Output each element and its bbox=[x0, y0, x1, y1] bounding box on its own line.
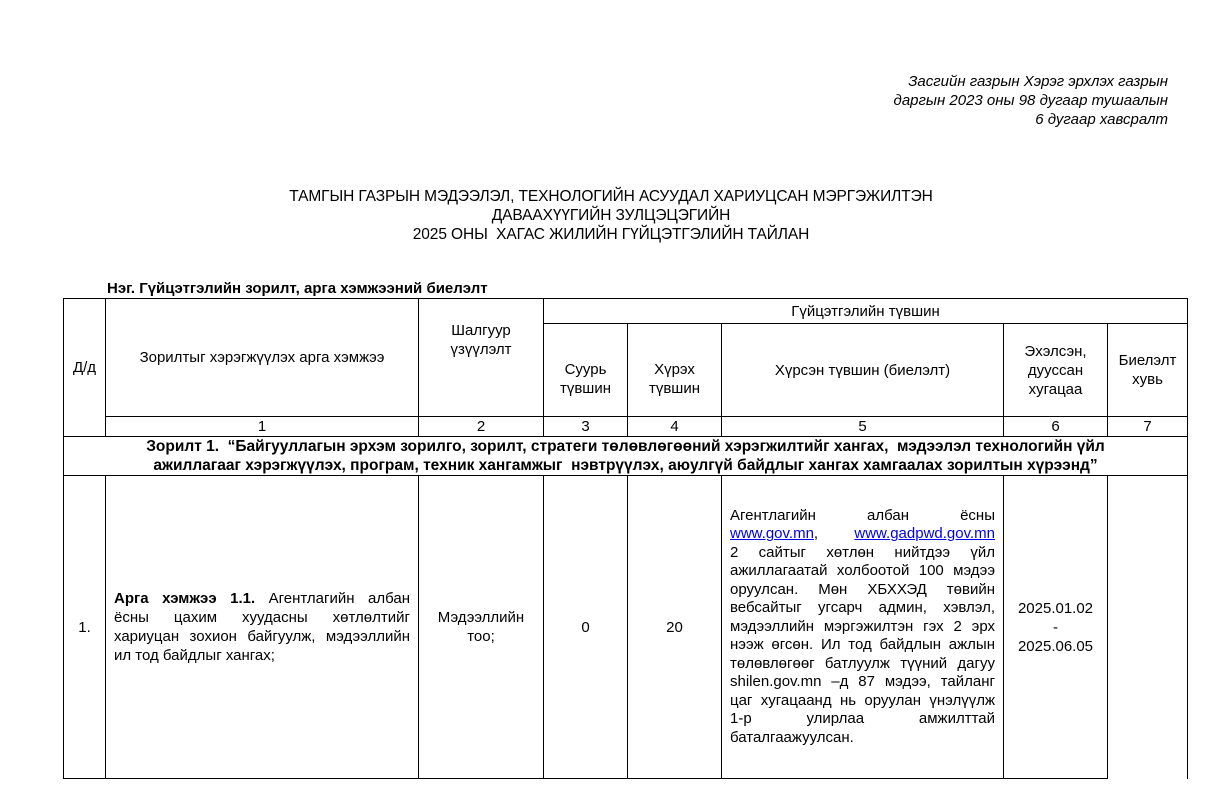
row-indicator-label: Мэдээллийн тоо; bbox=[431, 608, 531, 646]
column-number-6: 6 bbox=[1004, 417, 1108, 437]
row-achieved-links: www.gov.mn, www.gadpwd.gov.mn bbox=[730, 525, 995, 544]
period-dash: - bbox=[1004, 618, 1107, 637]
header-action: Зорилтыг хэрэгжүүлэх арга хэмжээ bbox=[106, 299, 419, 417]
column-number-5: 5 bbox=[722, 417, 1004, 437]
header-index: Д/д bbox=[64, 299, 106, 437]
annex-line-1: Засгийн газрын Хэрэг эрхлэх газрын bbox=[894, 72, 1168, 91]
row-period: 2025.01.02 - 2025.06.05 bbox=[1004, 476, 1108, 779]
title-line-3: 2025 ОНЫ ХАГАС ЖИЛИЙН ГҮЙЦЭТГЭЛИЙН ТАЙЛА… bbox=[0, 225, 1222, 244]
column-number-7: 7 bbox=[1108, 417, 1188, 437]
section-heading: Нэг. Гүйцэтгэлийн зорилт, арга хэмжээний… bbox=[107, 280, 488, 297]
row-target: 20 bbox=[628, 476, 722, 779]
link-gov-mn[interactable]: www.gov.mn bbox=[730, 525, 814, 542]
period-end: 2025.06.05 bbox=[1004, 637, 1107, 656]
header-target: Хүрэх түвшин bbox=[628, 324, 722, 417]
goal-line-1: Зорилт 1. “Байгууллагын эрхэм зорилго, з… bbox=[64, 437, 1187, 456]
row-action-lead: Арга хэмжээ 1.1. bbox=[114, 590, 255, 607]
link-gadpwd-gov-mn[interactable]: www.gadpwd.gov.mn bbox=[854, 525, 995, 542]
title-line-2: ДАВААХҮҮГИЙН ЗУЛЦЭЦЭГИЙН bbox=[0, 206, 1222, 225]
performance-table: Д/д Зорилтыг хэрэгжүүлэх арга хэмжээ Шал… bbox=[63, 298, 1188, 779]
header-baseline: Суурь түвшин bbox=[544, 324, 628, 417]
goal-line-2: ажиллагааг хэрэгжүүлэх, програм, техник … bbox=[64, 456, 1187, 475]
row-baseline: 0 bbox=[544, 476, 628, 779]
row-achieved-body: 2 сайтыг хөтлөн нийтдээ үйл ажиллагаатай… bbox=[730, 544, 995, 748]
annex-line-3: 6 дугаар хавсралт bbox=[894, 110, 1168, 129]
link-separator: , bbox=[814, 525, 818, 542]
header-performance-group: Гүйцэтгэлийн түвшин bbox=[544, 299, 1188, 324]
goal-row: Зорилт 1. “Байгууллагын эрхэм зорилго, з… bbox=[64, 437, 1188, 476]
column-number-2: 2 bbox=[419, 417, 544, 437]
header-achieved: Хүрсэн түвшин (биелэлт) bbox=[722, 324, 1004, 417]
row-indicator: Мэдээллийн тоо; bbox=[419, 476, 544, 779]
table-row: 1. Арга хэмжээ 1.1. Агентлагийн албан ёс… bbox=[64, 476, 1188, 779]
row-achieved-intro: Агентлагийн албан ёсны bbox=[730, 507, 995, 526]
header-indicator-label: Шалгуур үзүүлэлт bbox=[441, 321, 521, 359]
column-number-4: 4 bbox=[628, 417, 722, 437]
header-baseline-label: Суурь түвшин bbox=[556, 360, 616, 398]
column-number-1: 1 bbox=[106, 417, 419, 437]
period-start: 2025.01.02 bbox=[1004, 599, 1107, 618]
row-achieved: Агентлагийн албан ёсны www.gov.mn, www.g… bbox=[722, 476, 1004, 779]
title-line-1: ТАМГЫН ГАЗРЫН МЭДЭЭЛЭЛ, ТЕХНОЛОГИЙН АСУУ… bbox=[0, 187, 1222, 206]
header-percent-label: Биелэлт хувь bbox=[1113, 351, 1183, 389]
annex-line-2: даргын 2023 оны 98 дугаар тушаалын bbox=[894, 91, 1168, 110]
row-action: Арга хэмжээ 1.1. Агентлагийн албан ёсны … bbox=[106, 476, 419, 779]
header-period-label: Эхэлсэн, дууссан хугацаа bbox=[1018, 342, 1093, 399]
header-period: Эхэлсэн, дууссан хугацаа bbox=[1004, 324, 1108, 417]
header-target-label: Хүрэх түвшин bbox=[645, 360, 705, 398]
column-number-3: 3 bbox=[544, 417, 628, 437]
row-index: 1. bbox=[64, 476, 106, 779]
row-percent bbox=[1108, 476, 1188, 779]
header-indicator: Шалгуур үзүүлэлт bbox=[419, 299, 544, 417]
header-percent: Биелэлт хувь bbox=[1108, 324, 1188, 417]
annex-reference: Засгийн газрын Хэрэг эрхлэх газрын даргы… bbox=[894, 72, 1168, 129]
document-title: ТАМГЫН ГАЗРЫН МЭДЭЭЛЭЛ, ТЕХНОЛОГИЙН АСУУ… bbox=[0, 187, 1222, 244]
